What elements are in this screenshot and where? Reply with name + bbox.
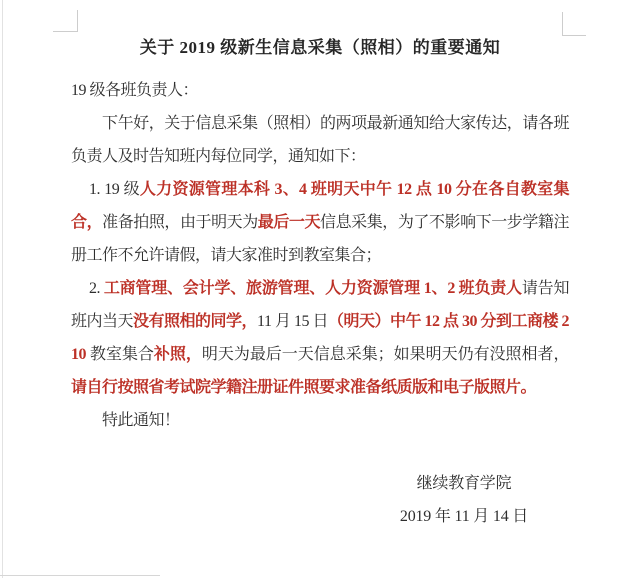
notice-paragraph: 特此通知！ [71, 404, 569, 437]
emphasis-red-text: 没有照相的同学， [133, 313, 257, 330]
body-text: 明天为最后一天信息采集；如果明天仍有没照相者， [202, 346, 569, 363]
page-bottom-edge-line [0, 575, 160, 576]
body-text: 教室集合 [90, 346, 154, 363]
emphasis-red-text: 最后一天 [258, 214, 320, 231]
notice-document-page: 关于 2019 级新生信息采集（照相）的重要通知 19 级各班负责人： 下午好，… [0, 0, 639, 578]
body-text: 特此通知！ [102, 412, 180, 429]
salutation-line: 19 级各班负责人： [71, 74, 569, 107]
document-title: 关于 2019 级新生信息采集（照相）的重要通知 [71, 34, 569, 62]
body-text: 2. [89, 280, 104, 297]
notice-paragraph: 1. 19 级人力资源管理本科 3、4 班明天中午 12 点 10 分在各自教室… [71, 173, 569, 272]
body-text: 11 月 15 日 [257, 313, 328, 330]
body-text: 准备拍照，由于明天为 [102, 214, 258, 231]
notice-paragraph: 2. 工商管理、会计学、旅游管理、人力资源管理 1、2 班负责人请告知班内当天没… [71, 272, 569, 404]
signature-block: 继续教育学院 2019 年 11 月 14 日 [334, 467, 594, 533]
emphasis-red-text: 请自行按照省考试院学籍注册证件照要求准备纸质版和电子版照片。 [71, 379, 536, 396]
signature-date: 2019 年 11 月 14 日 [334, 500, 594, 533]
body-text: 下午好，关于信息采集（照相）的两项最新通知给大家传达，请各班负责人及时告知班内每… [71, 115, 569, 165]
notice-paragraph: 下午好，关于信息采集（照相）的两项最新通知给大家传达，请各班负责人及时告知班内每… [71, 107, 569, 173]
emphasis-red-text: 工商管理、会计学、旅游管理、人力资源管理 1、2 班负责人 [104, 280, 522, 297]
signature-department: 继续教育学院 [334, 467, 594, 500]
paragraphs-container: 下午好，关于信息采集（照相）的两项最新通知给大家传达，请各班负责人及时告知班内每… [71, 107, 569, 437]
body-text: 1. 19 级 [89, 181, 140, 198]
emphasis-red-text: 补照， [154, 346, 202, 363]
document-body: 关于 2019 级新生信息采集（照相）的重要通知 19 级各班负责人： 下午好，… [0, 0, 639, 533]
